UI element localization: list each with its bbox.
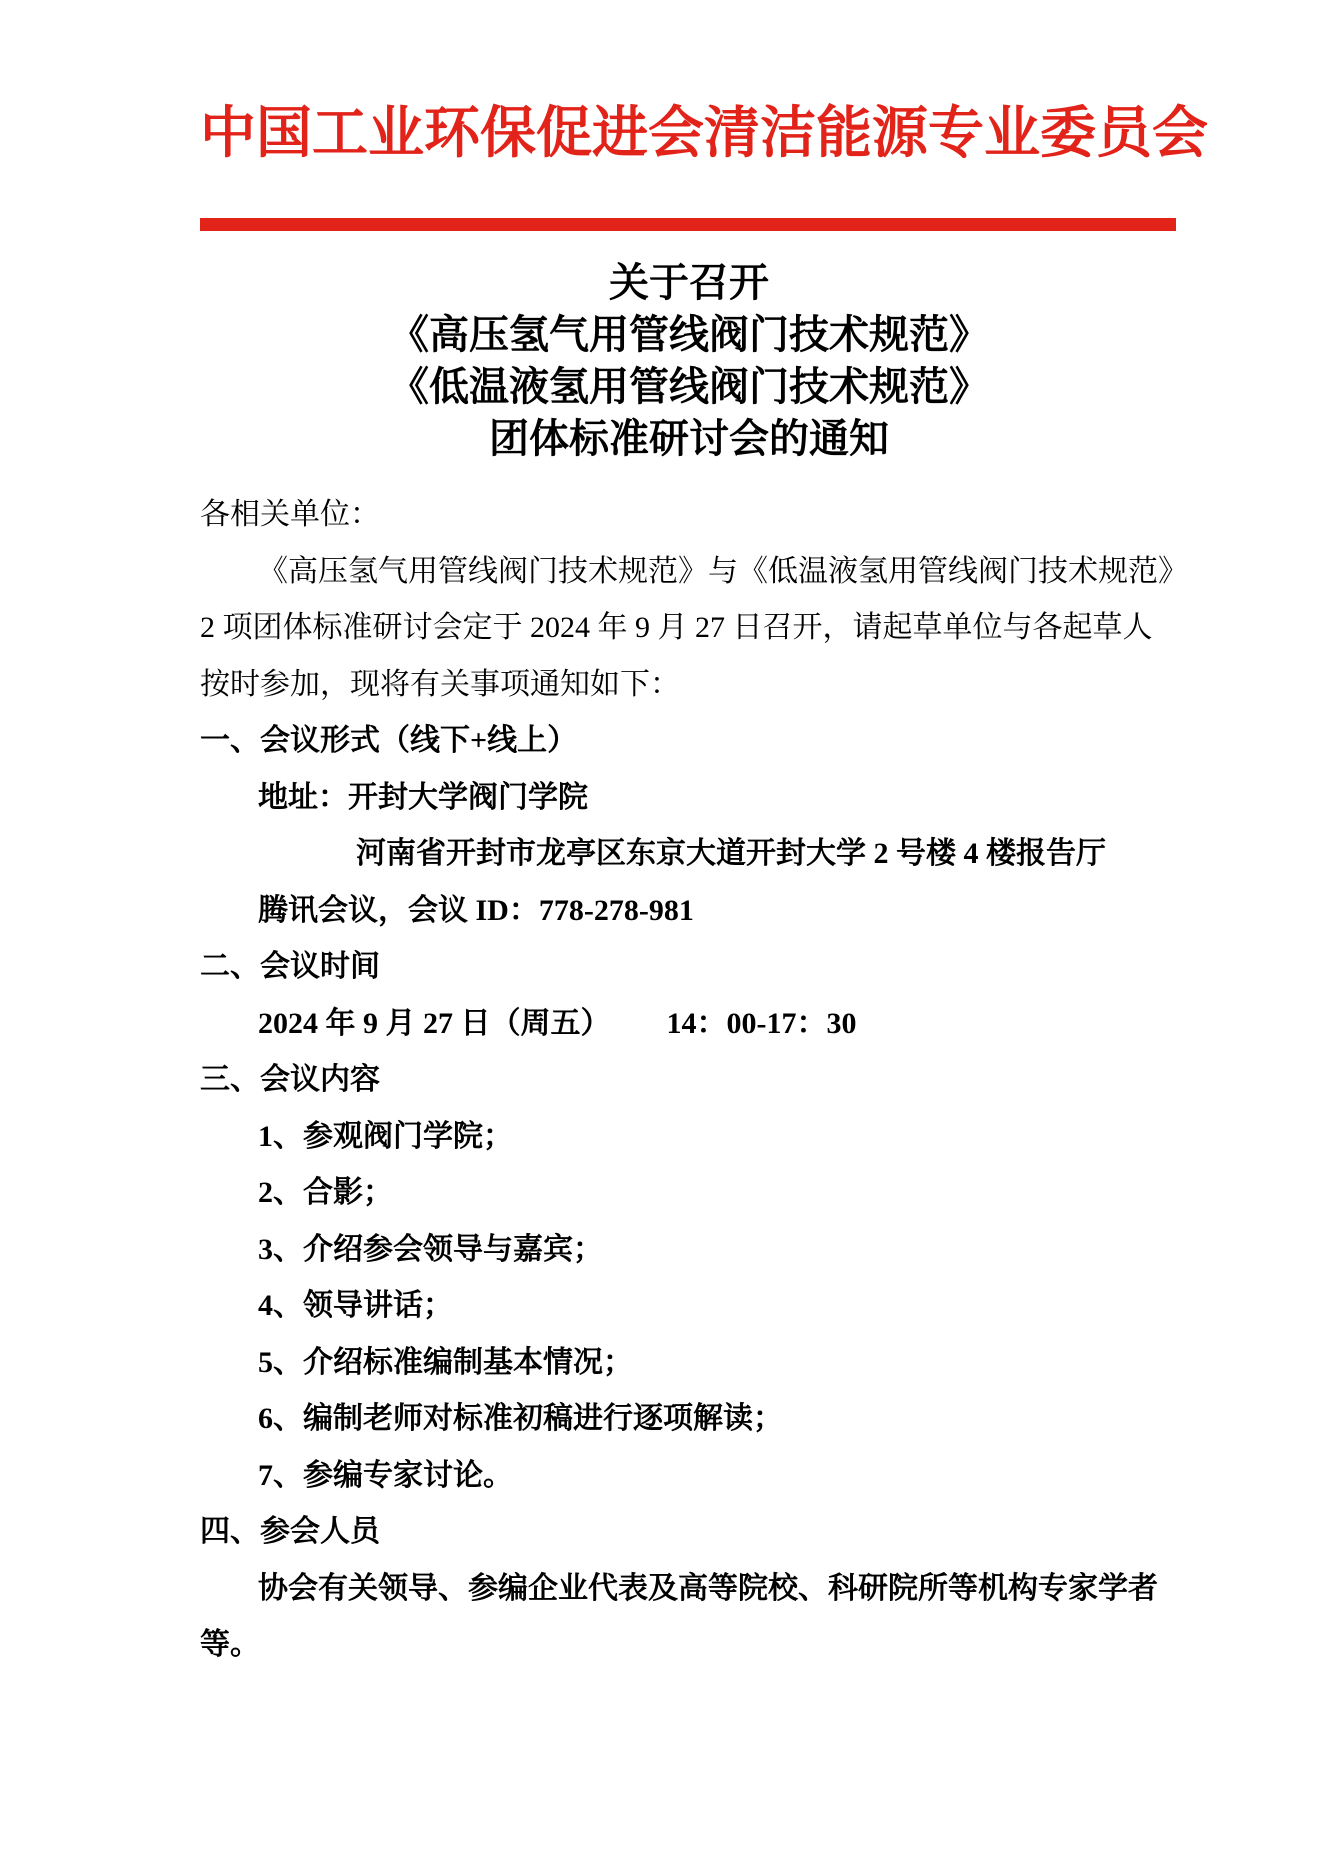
meeting-hours: 14：00-17：30	[667, 1007, 857, 1040]
document-content: 中国工业环保促进会清洁能源专业委员会 关于召开 《高压氢气用管线阀门技术规范》 …	[200, 0, 1178, 1674]
agenda-item-4: 4、领导讲话；	[200, 1278, 1178, 1335]
section-4-heading: 四、参会人员	[200, 1504, 1178, 1561]
red-divider-bar	[200, 218, 1176, 231]
agenda-item-6: 6、编制老师对标准初稿进行逐项解读；	[200, 1391, 1178, 1448]
title-line-3: 《低温液氢用管线阀门技术规范》	[200, 361, 1178, 413]
agenda-item-1: 1、参观阀门学院；	[200, 1109, 1178, 1166]
agenda-item-3: 3、介绍参会领导与嘉宾；	[200, 1222, 1178, 1279]
title-line-1: 关于召开	[200, 257, 1178, 309]
section-2-heading: 二、会议时间	[200, 939, 1178, 996]
attendees-line-1: 协会有关领导、参编企业代表及高等院校、科研院所等机构专家学者	[200, 1561, 1178, 1618]
intro-line-2: 2 项团体标准研讨会定于 2024 年 9 月 27 日召开，请起草单位与各起草…	[200, 600, 1178, 657]
intro-line-1: 《高压氢气用管线阀门技术规范》与《低温液氢用管线阀门技术规范》	[200, 544, 1178, 601]
online-meeting-line: 腾讯会议，会议 ID：778-278-981	[200, 883, 1178, 940]
document-body: 各相关单位： 《高压氢气用管线阀门技术规范》与《低温液氢用管线阀门技术规范》 2…	[200, 487, 1178, 1674]
salutation: 各相关单位：	[200, 487, 1178, 544]
section-3-heading: 三、会议内容	[200, 1052, 1178, 1109]
agenda-item-2: 2、合影；	[200, 1165, 1178, 1222]
document-title: 关于召开 《高压氢气用管线阀门技术规范》 《低温液氢用管线阀门技术规范》 团体标…	[200, 257, 1178, 465]
notice-document-page: 中国工业环保促进会清洁能源专业委员会 关于召开 《高压氢气用管线阀门技术规范》 …	[0, 0, 1322, 1871]
title-line-2: 《高压氢气用管线阀门技术规范》	[200, 309, 1178, 361]
section-1-heading: 一、会议形式（线下+线上）	[200, 713, 1178, 770]
address-detail-line: 河南省开封市龙亭区东京大道开封大学 2 号楼 4 楼报告厅	[200, 826, 1178, 883]
intro-line-3: 按时参加，现将有关事项通知如下：	[200, 657, 1178, 714]
organization-name: 中国工业环保促进会清洁能源专业委员会	[200, 103, 1178, 163]
title-line-4: 团体标准研讨会的通知	[200, 413, 1178, 465]
attendees-line-2: 等。	[200, 1617, 1178, 1674]
meeting-date: 2024 年 9 月 27 日（周五）	[258, 1007, 611, 1040]
agenda-item-7: 7、参编专家讨论。	[200, 1448, 1178, 1505]
address-label-line: 地址：开封大学阀门学院	[200, 770, 1178, 827]
meeting-time-line: 2024 年 9 月 27 日（周五）14：00-17：30	[200, 996, 1178, 1053]
agenda-item-5: 5、介绍标准编制基本情况；	[200, 1335, 1178, 1392]
